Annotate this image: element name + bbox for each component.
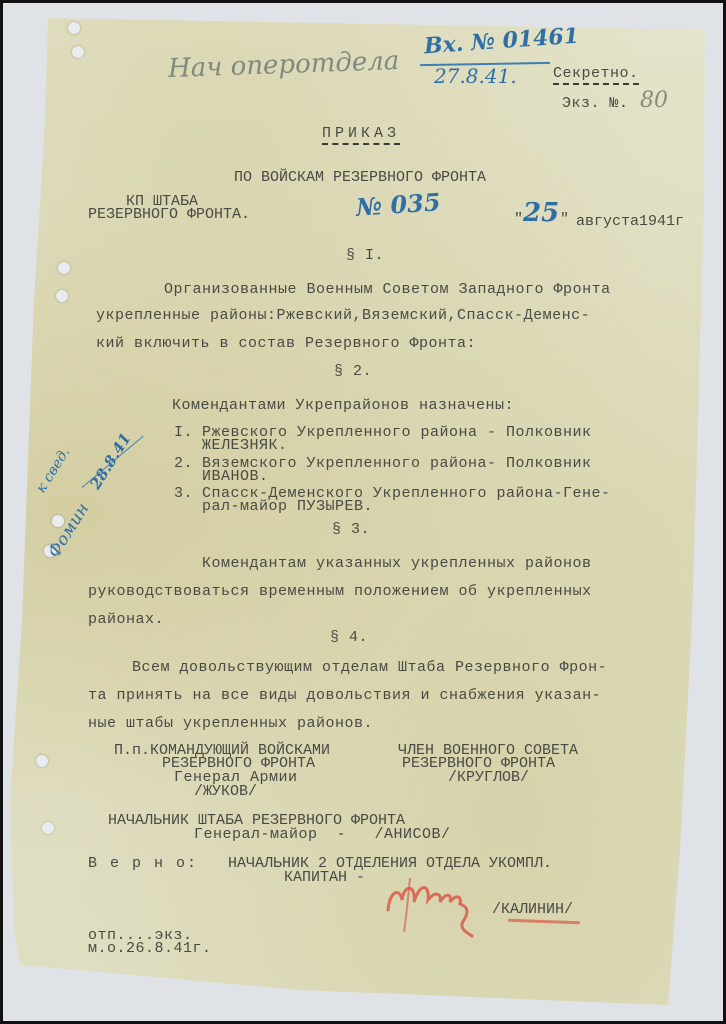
punch-hole — [42, 822, 54, 834]
footer-date: м.о.26.8.41г. — [88, 941, 212, 956]
appointment-number: I. — [174, 425, 193, 440]
section-4-heading: § 4. — [330, 630, 368, 645]
handwritten-addressee: Нач оперотдела — [168, 48, 400, 82]
punch-hole — [36, 755, 48, 767]
issuer-line-2: РЕЗЕРВНОГО ФРОНТА. — [88, 207, 250, 222]
section-2-heading: § 2. — [334, 364, 372, 379]
appointment-name: ИВАНОВ. — [202, 469, 269, 484]
council-member-name: /КРУГЛОВ/ — [448, 770, 529, 785]
section-1-line: Организованные Военным Советом Западного… — [164, 282, 611, 297]
classification-label: Секретно. — [553, 66, 639, 81]
commander-name: /ЖУКОВ/ — [194, 784, 257, 799]
section-4-line: Всем довольствующим отделам Штаба Резерв… — [132, 660, 607, 675]
appointment-name: рал-майор ПУЗЫРЕВ. — [202, 499, 373, 514]
date-close-quote: " — [560, 212, 570, 227]
incoming-stamp-date: 27.8.41. — [434, 66, 517, 86]
section-3-line: руководствоваться временным положением о… — [88, 584, 592, 599]
section-1-heading: § I. — [346, 248, 384, 263]
document-title: ПРИКАЗ — [322, 126, 400, 141]
punch-hole — [56, 290, 68, 302]
appointment-number: 2. — [174, 456, 193, 471]
punch-hole — [58, 262, 70, 274]
section-1-line: укрепленные районы:Ржевский,Вяземский,Сп… — [96, 308, 590, 323]
chief-of-staff-name: Генерал-майор - /АНИСОВ/ — [194, 827, 451, 842]
punch-hole — [72, 46, 84, 58]
certified-label: В е р н о: — [88, 856, 198, 871]
copy-number-label: Экз. №. — [562, 96, 629, 111]
section-4-line: ные штабы укрепленных районов. — [88, 716, 373, 731]
order-number: № 035 — [355, 190, 441, 220]
margin-note-signature: Фомин — [46, 501, 93, 561]
red-underline — [508, 919, 580, 925]
certified-name: /КАЛИНИН/ — [492, 902, 573, 917]
appointment-number: 3. — [174, 486, 193, 501]
date-day: 25 — [523, 200, 559, 226]
date-month-year: августа1941г — [576, 214, 684, 229]
section-3-line: районах. — [88, 612, 164, 627]
copy-number-value: 80 — [640, 90, 668, 112]
section-4-line: та принять на все виды довольствия и сна… — [88, 688, 601, 703]
document-subtitle: ПО ВОЙСКАМ РЕЗЕРВНОГО ФРОНТА — [234, 170, 486, 185]
red-signature-icon — [380, 870, 490, 940]
section-3-heading: § 3. — [332, 522, 370, 537]
incoming-stamp-number: Вх. № 01461 — [423, 25, 579, 58]
section-2-intro: Комендантами Укрепрайонов назначены: — [172, 398, 514, 413]
document-page: Нач оперотдела Вх. № 01461 27.8.41. Секр… — [0, 0, 726, 1024]
section-3-line: Комендантам указанных укрепленных районо… — [202, 556, 592, 571]
margin-note-line-1: к свед. — [34, 445, 73, 495]
appointment-name: ЖЕЛЕЗНЯК. — [202, 438, 288, 453]
certified-title: НАЧАЛЬНИК 2 ОТДЕЛЕНИЯ ОТДЕЛА УКОМПЛ. — [228, 856, 552, 871]
certified-rank: КАПИТАН - — [284, 870, 365, 885]
section-1-line: кий включить в состав Резервного Фронта: — [96, 336, 476, 351]
punch-hole — [68, 22, 80, 34]
